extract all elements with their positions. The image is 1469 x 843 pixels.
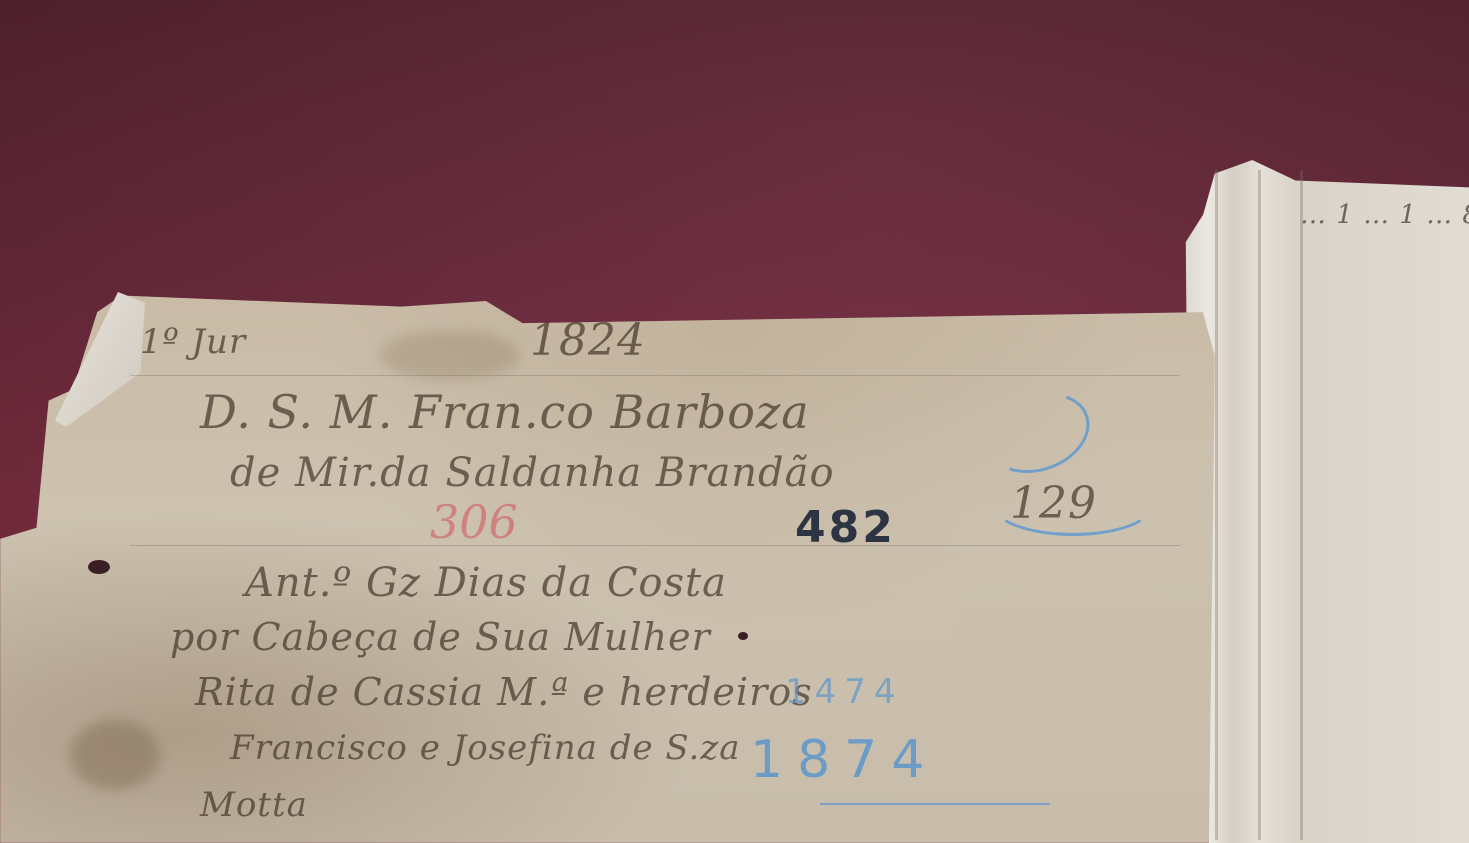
- stack-handwriting: … 1 … 1 … 8: [1300, 200, 1469, 230]
- red-pencil-number: 306: [430, 495, 518, 549]
- ruled-line: [130, 545, 1180, 546]
- stamped-number: 482: [795, 502, 896, 553]
- ruled-line: [130, 375, 1180, 376]
- manuscript-line: de Mir.da Saldanha Brandão: [230, 450, 835, 496]
- manuscript-line: D. S. M. Fran.co Barboza: [200, 385, 810, 439]
- paper-stack-edge: [1215, 170, 1218, 840]
- manuscript-line: Motta: [200, 785, 308, 825]
- manuscript-line: Ant.º Gz Dias da Costa: [245, 560, 727, 606]
- ink-spot: [738, 632, 748, 640]
- blue-pencil-line: [820, 803, 1050, 805]
- blue-pencil-number: 1874: [750, 730, 938, 790]
- manuscript-year: 1824: [530, 315, 646, 366]
- blue-pencil-number: 1474: [785, 672, 904, 712]
- blue-pencil-underline: [990, 470, 1156, 536]
- paper-stack: [1180, 160, 1469, 843]
- tear-hole: [88, 560, 110, 574]
- paper-stack-edge: [1300, 170, 1303, 840]
- manuscript-line: Francisco e Josefina de S.za: [230, 728, 741, 768]
- water-stain: [70, 720, 160, 790]
- manuscript-line: por Cabeça de Sua Mulher: [170, 615, 711, 659]
- paper-stack-edge: [1258, 170, 1261, 840]
- corner-note: 1º Jur: [140, 322, 246, 362]
- water-stain: [380, 330, 520, 380]
- manuscript-line: Rita de Cassia M.ª e herdeiros: [195, 670, 813, 714]
